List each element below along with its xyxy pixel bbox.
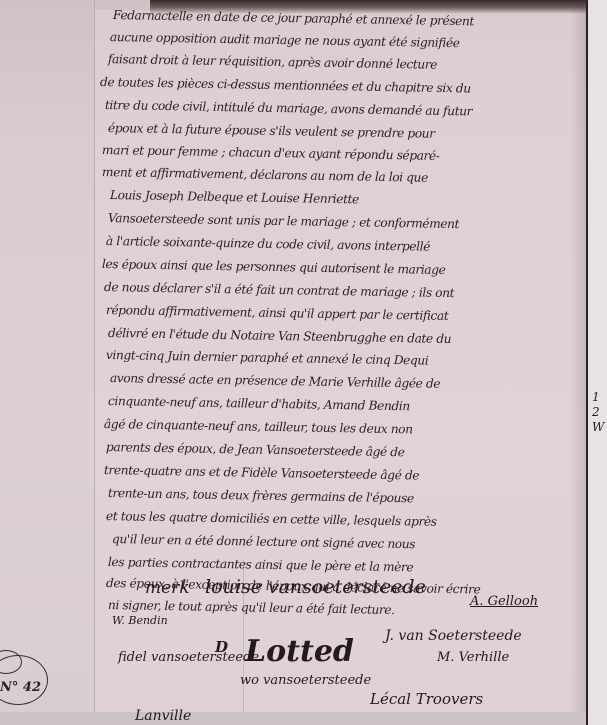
right-margin-mark-2: 2: [592, 405, 600, 419]
next-page-strip: [0, 712, 586, 725]
signature-bride: louise vansoetersteede: [205, 576, 426, 598]
signature-jean: J. van Soetersteede: [385, 628, 522, 644]
page-right-shade: [570, 0, 586, 725]
left-margin-rule: [94, 0, 95, 725]
right-margin-mark-3: W: [592, 420, 604, 434]
signature-mark-symbol: D: [215, 638, 228, 656]
next-entry-fragment: Lanville: [135, 708, 191, 724]
page-paper: [95, 10, 585, 725]
signature-large: Lotted: [245, 634, 354, 669]
signature-officer: A. Gellooh: [470, 594, 538, 609]
signature-witness-bendin: W. Bendin: [112, 614, 168, 627]
signature-bottom: Lécal Troovers: [370, 690, 483, 708]
document-page: Fedarnactelle en date de ce jour paraphé…: [0, 0, 607, 725]
record-number: N° 42: [0, 680, 41, 695]
signature-vansoetersteede: wo vansoetersteede: [240, 673, 371, 688]
signature-mark: merk: [145, 578, 190, 598]
right-margin-mark-1: 1: [592, 390, 600, 404]
signature-verhille: M. Verhille: [437, 650, 509, 665]
facing-page-edge: [588, 0, 607, 725]
signature-fidel: fidel vansoetersteede: [118, 650, 259, 665]
